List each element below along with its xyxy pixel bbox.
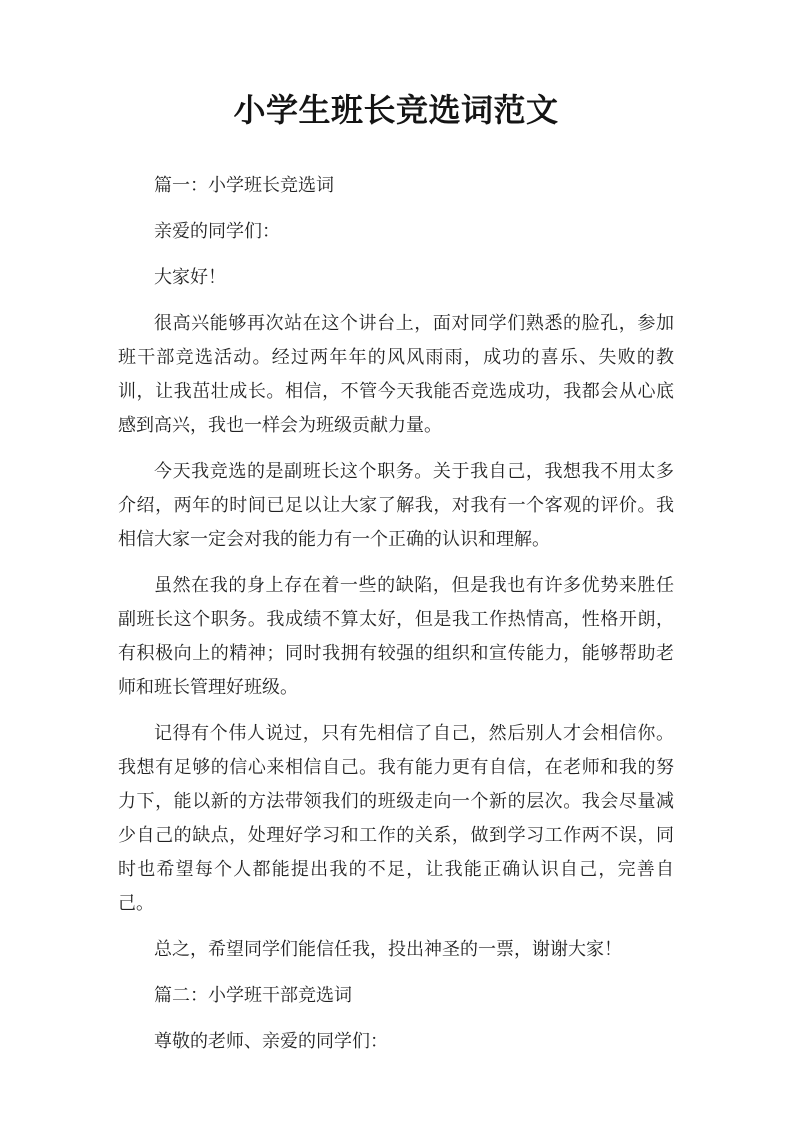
paragraph: 今天我竞选的是副班长这个职务。关于我自己，我想我不用太多介绍，两年的时间已足以让… <box>118 454 674 556</box>
paragraph: 亲爱的同学们： <box>118 214 674 248</box>
paragraph: 篇二：小学班干部竞选词 <box>118 978 674 1012</box>
document-body: 篇一：小学班长竞选词亲爱的同学们：大家好！很高兴能够再次站在这个讲台上，面对同学… <box>118 168 674 1058</box>
paragraph: 篇一：小学班长竞选词 <box>118 168 674 202</box>
document-title: 小学生班长竞选词范文 <box>118 88 674 132</box>
paragraph: 总之，希望同学们能信任我，投出神圣的一票，谢谢大家！ <box>118 932 674 966</box>
paragraph: 大家好！ <box>118 260 674 294</box>
paragraph: 尊敬的老师、亲爱的同学们： <box>118 1024 674 1058</box>
paragraph: 虽然在我的身上存在着一些的缺陷，但是我也有许多优势来胜任副班长这个职务。我成绩不… <box>118 568 674 704</box>
paragraph: 记得有个伟人说过，只有先相信了自己，然后别人才会相信你。我想有足够的信心来相信自… <box>118 716 674 920</box>
paragraph: 很高兴能够再次站在这个讲台上，面对同学们熟悉的脸孔，参加班干部竞选活动。经过两年… <box>118 306 674 442</box>
document-page: 小学生班长竞选词范文 篇一：小学班长竞选词亲爱的同学们：大家好！很高兴能够再次站… <box>0 0 793 1122</box>
